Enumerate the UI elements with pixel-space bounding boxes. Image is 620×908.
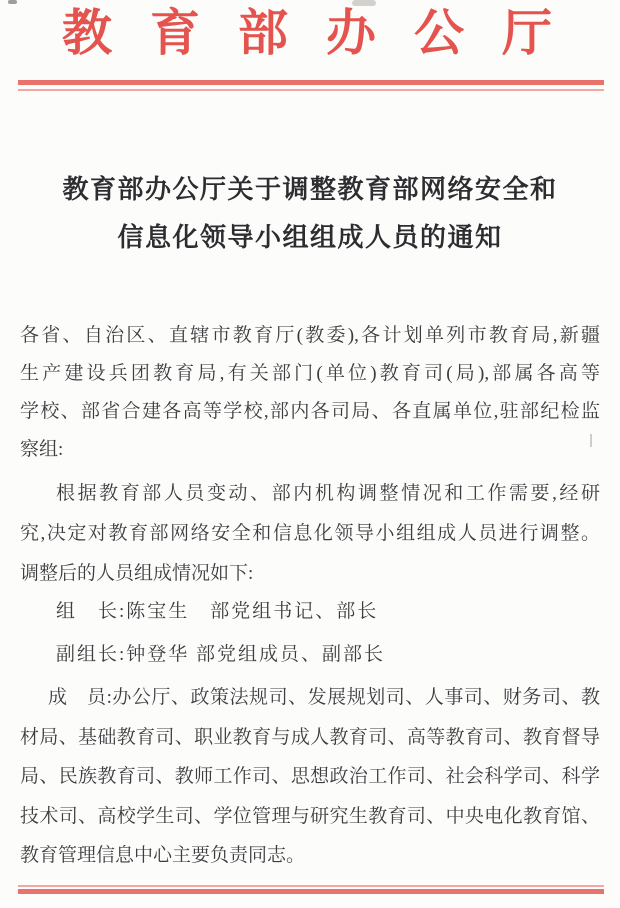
scan-artifact <box>590 434 592 447</box>
scan-artifact <box>8 0 17 4</box>
top-separator-thick-rule <box>18 80 604 85</box>
body-line: 局、民族教育司、教师工作司、思想政治工作司、社会科学司、科学 <box>20 757 600 797</box>
scan-artifact <box>352 0 376 6</box>
leader-line: 副组长:钟登华 部党组成员、副部长 <box>20 633 600 676</box>
body-line: 学校、部省合建各高等学校,部内各司局、各直属单位,驻部纪检监 <box>20 393 600 431</box>
document-title-line-1: 教育部办公厅关于调整教育部网络安全和 <box>0 173 620 207</box>
body-line: 成 员:办公厅、政策法规司、发展规划司、人事司、财务司、教 <box>20 678 600 718</box>
top-separator-thin-rule <box>18 89 604 91</box>
body-line: 技术司、高校学生司、学位管理与研究生教育司、中央电化教育馆、 <box>20 797 600 837</box>
body-line: 根据教育部人员变动、部内机构调整情况和工作需要,经研 <box>20 474 600 514</box>
body-line: 生产建设兵团教育局,有关部门(单位)教育司(局),部属各高等 <box>20 355 600 393</box>
bottom-separator-thin-rule <box>18 885 604 887</box>
members-paragraph: 成 员:办公厅、政策法规司、发展规划司、人事司、财务司、教 材局、基础教育司、职… <box>20 678 600 876</box>
body-line: 教育管理信息中心主要负责同志。 <box>20 836 600 876</box>
agency-masthead: 教育部办公厅 <box>62 4 590 62</box>
document-title-line-2: 信息化领导小组组成人员的通知 <box>0 221 620 255</box>
body-line: 各省、自治区、直辖市教育厅(教委),各计划单列市教育局,新疆 <box>20 317 600 355</box>
body-line: 究,决定对教育部网络安全和信息化领导小组组成人员进行调整。 <box>20 514 600 554</box>
leader-line: 组 长:陈宝生 部党组书记、部长 <box>20 590 600 633</box>
bottom-separator-thick-rule <box>18 889 604 894</box>
body-line: 材局、基础教育司、职业教育与成人教育司、高等教育司、教育督导 <box>20 718 600 758</box>
leaders-list: 组 长:陈宝生 部党组书记、部长 副组长:钟登华 部党组成员、副部长 <box>20 590 600 676</box>
addressees-paragraph: 各省、自治区、直辖市教育厅(教委),各计划单列市教育局,新疆 生产建设兵团教育局… <box>20 317 600 469</box>
body-line: 察组: <box>20 431 600 469</box>
body-line: 调整后的人员组成情况如下: <box>20 554 600 594</box>
background-paragraph: 根据教育部人员变动、部内机构调整情况和工作需要,经研 究,决定对教育部网络安全和… <box>20 474 600 594</box>
